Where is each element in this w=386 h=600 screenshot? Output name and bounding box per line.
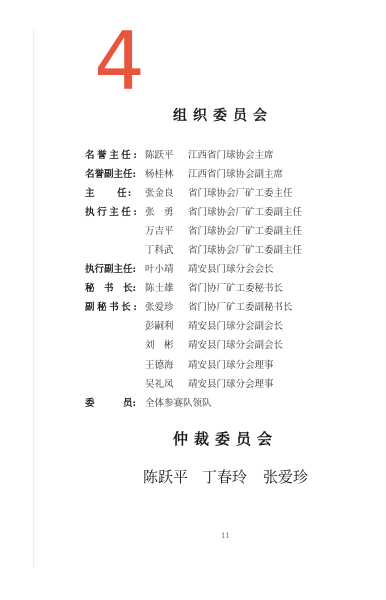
roster-row: 吴礼凤 靖安县门球分会理事 [85, 375, 345, 394]
roster-row: 执行主任: 张 勇 省门球协会厂矿工委副主任 [85, 203, 345, 222]
roster-row: 彭嗣利 靖安县门球分会副会长 [85, 317, 345, 336]
arbitration-member: 陈跃平 [143, 467, 188, 487]
member-title: 省门球协会厂矿工委副主任 [188, 222, 302, 241]
member-name: 张金良 [145, 184, 174, 203]
member-name: 刘 彬 [145, 336, 174, 355]
member-title: 靖安县门球分会副会长 [188, 317, 283, 336]
member-name: 陈跃平 [145, 146, 174, 165]
member-name: 全体参赛队领队 [145, 394, 212, 413]
member-name: 张 勇 [145, 203, 174, 222]
roster-row: 委 员: 全体参赛队领队 [85, 394, 345, 413]
member-name: 万吉平 [145, 222, 174, 241]
roster-row: 主 任: 张金良 省门球协会厂矿工委主任 [85, 184, 345, 203]
roster-row: 丁科武 省门球协会厂矿工委副主任 [85, 241, 345, 260]
member-title: 省门球协会厂矿工委副主任 [188, 241, 302, 260]
arbitration-member: 丁春玲 [202, 467, 247, 487]
roster-row: 名誉主任: 陈跃平 江西省门球协会主席 [85, 146, 345, 165]
roster-row: 刘 彬 靖安县门球分会副会长 [85, 336, 345, 355]
roster-row: 秘 书 长: 陈士雄 省门协厂矿工委秘书长 [85, 279, 345, 298]
roster-row: 王德海 靖安县门球分会理事 [85, 356, 345, 375]
member-title: 靖安县门球分会理事 [188, 375, 274, 394]
member-title: 靖安县门球分会副会长 [188, 336, 283, 355]
member-name: 吴礼凤 [145, 375, 174, 394]
role-label: 秘 书 长: [85, 279, 145, 298]
member-title: 靖安县门球分会会长 [188, 260, 274, 279]
member-title: 江西省门球协会副主席 [188, 165, 283, 184]
member-name: 王德海 [145, 356, 174, 375]
role-label: 主 任: [85, 184, 145, 203]
organizing-committee-title: 组织委员会 [173, 107, 283, 125]
roster-row: 执行副主任: 叶小靖 靖安县门球分会会长 [85, 260, 345, 279]
role-label: 名誉副主任: [85, 165, 145, 184]
member-title: 江西省门球协会主席 [188, 146, 274, 165]
member-name: 张爱珍 [145, 298, 174, 317]
chapter-number: 4 [94, 22, 145, 102]
member-name: 陈士雄 [145, 279, 174, 298]
member-title: 省门球协会厂矿工委主任 [188, 184, 293, 203]
arbitration-member: 张爱珍 [263, 467, 308, 487]
role-label: 副秘书长: [85, 298, 145, 317]
organizing-committee-roster: 名誉主任: 陈跃平 江西省门球协会主席 名誉副主任: 杨桂林 江西省门球协会副主… [85, 146, 345, 413]
member-name: 叶小靖 [145, 260, 174, 279]
page-edge [33, 28, 34, 568]
page-number: 11 [221, 532, 230, 540]
roster-row: 副秘书长: 张爱珍 省门协厂矿工委副秘书长 [85, 298, 345, 317]
role-label: 执行主任: [85, 203, 145, 222]
member-title: 省门协厂矿工委秘书长 [188, 279, 283, 298]
member-title: 省门球协会厂矿工委副主任 [188, 203, 302, 222]
arbitration-committee-title: 仲裁委员会 [173, 430, 283, 448]
member-title: 靖安县门球分会理事 [188, 356, 274, 375]
role-label: 委 员: [85, 394, 145, 413]
roster-row: 名誉副主任: 杨桂林 江西省门球协会副主席 [85, 165, 345, 184]
member-name: 丁科武 [145, 241, 174, 260]
member-name: 杨桂林 [145, 165, 174, 184]
roster-row: 万吉平 省门球协会厂矿工委副主任 [85, 222, 345, 241]
role-label: 名誉主任: [85, 146, 145, 165]
member-title: 省门协厂矿工委副秘书长 [188, 298, 293, 317]
member-name: 彭嗣利 [145, 317, 174, 336]
role-label: 执行副主任: [85, 260, 145, 279]
